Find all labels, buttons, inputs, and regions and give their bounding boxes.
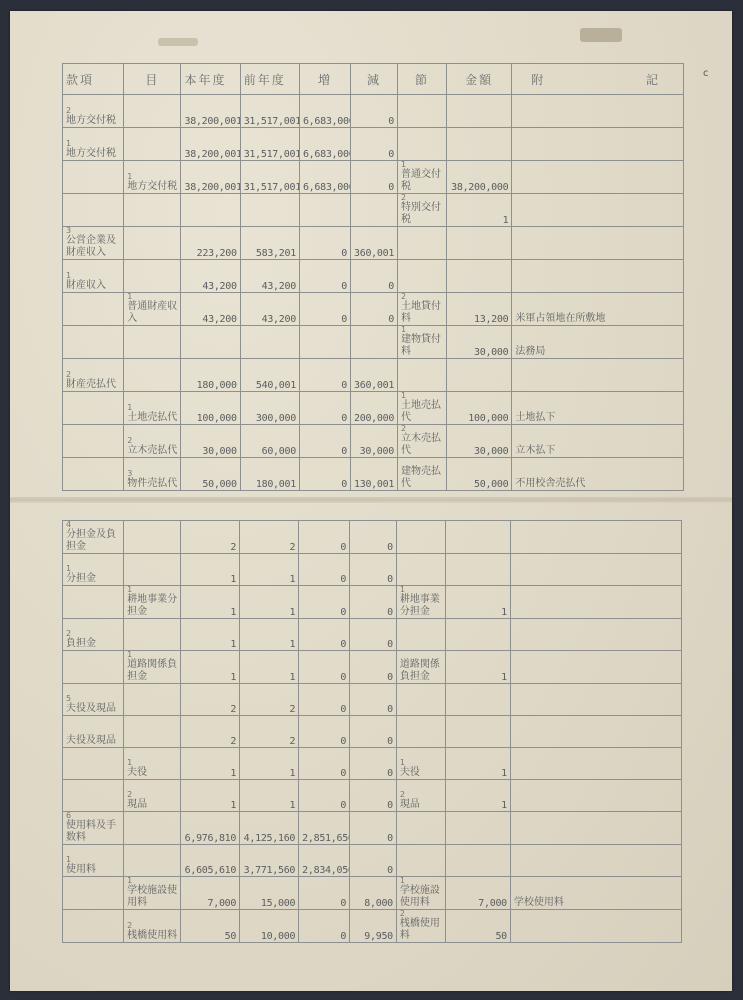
previous-year-cell: 1 <box>240 554 299 586</box>
moku-cell <box>124 194 181 227</box>
amount-cell-text: 13,200 <box>474 314 508 325</box>
decrease-cell-text: 30,000 <box>360 446 394 457</box>
setsu-cell <box>396 812 445 845</box>
moku-cell <box>124 359 181 392</box>
decrease-cell <box>351 194 398 227</box>
previous-year-cell: 10,000 <box>240 910 299 943</box>
previous-year-cell-text: 10,000 <box>261 931 295 942</box>
decrease-cell-text: 0 <box>387 704 393 715</box>
increase-cell: 0 <box>299 359 350 392</box>
setsu-cell <box>396 619 445 651</box>
kan-cell: 3公営企業及財産収入 <box>63 227 124 260</box>
moku-cell: 1耕地事業分担金 <box>124 586 181 619</box>
increase-cell-text: 0 <box>341 314 347 325</box>
item-number: 1 <box>400 759 442 767</box>
decrease-cell: 0 <box>351 95 398 128</box>
item-number: 2 <box>401 194 443 202</box>
increase-cell: 6,683,000 <box>299 95 350 128</box>
table-row: 1普通財産収入43,20043,200002土地貸付料13,200米軍占領地在所… <box>63 293 684 326</box>
increase-cell-text: 0 <box>340 607 346 618</box>
setsu-cell: 1建物貸付料 <box>397 326 446 359</box>
current-year-cell: 1 <box>181 651 240 684</box>
note-cell: 土地払下 <box>512 392 684 425</box>
current-year-cell <box>181 194 240 227</box>
amount-cell: 30,000 <box>446 326 511 359</box>
increase-cell-text: 0 <box>340 704 346 715</box>
moku-cell-text: 普通財産収入 <box>127 301 177 324</box>
previous-year-cell: 43,200 <box>240 260 299 293</box>
setsu-cell-text: 普通交付税 <box>401 169 441 192</box>
header-previous-year: 前年度 <box>240 64 299 95</box>
increase-cell: 0 <box>299 392 350 425</box>
current-year-cell-text: 1 <box>230 574 236 585</box>
decrease-cell: 0 <box>350 521 397 554</box>
current-year-cell-text: 43,200 <box>202 314 236 325</box>
amount-cell-text: 1 <box>501 607 507 618</box>
setsu-cell: 1土地売払代 <box>397 392 446 425</box>
moku-cell-text: 現品 <box>127 799 147 810</box>
table-row: 5夫役及現品2200 <box>63 684 682 716</box>
decrease-cell: 0 <box>351 128 398 161</box>
increase-cell: 0 <box>299 425 350 458</box>
current-year-cell-text: 2 <box>230 736 236 747</box>
note-cell <box>510 780 681 812</box>
previous-year-cell-text: 60,000 <box>262 446 296 457</box>
previous-year-cell-text: 2 <box>289 542 295 553</box>
setsu-cell-text: 特別交付税 <box>401 202 441 225</box>
setsu-cell-text: 土地貸付料 <box>401 301 441 324</box>
increase-cell-text: 0 <box>340 639 346 650</box>
setsu-cell <box>396 521 445 554</box>
previous-year-cell: 180,001 <box>240 458 299 491</box>
amount-cell-text: 50 <box>495 931 506 942</box>
current-year-cell-text: 7,000 <box>208 898 237 909</box>
increase-cell-text: 0 <box>340 672 346 683</box>
moku-cell-text: 立木売払代 <box>127 445 177 456</box>
moku-cell-text: 耕地事業分担金 <box>127 594 177 617</box>
note-cell-text: 法務局 <box>515 346 545 357</box>
increase-cell-text: 0 <box>340 768 346 779</box>
decrease-cell-text: 0 <box>387 800 393 811</box>
moku-cell: 2立木売払代 <box>124 425 181 458</box>
current-year-cell: 50 <box>181 910 240 943</box>
note-cell: 不用校舎売払代 <box>512 458 684 491</box>
item-number: 2 <box>400 791 442 799</box>
amount-cell <box>446 128 511 161</box>
previous-year-cell-text: 1 <box>289 672 295 683</box>
setsu-cell: 1夫役 <box>396 748 445 780</box>
amount-cell: 13,200 <box>446 293 511 326</box>
current-year-cell-text: 1 <box>230 672 236 683</box>
increase-cell: 0 <box>299 748 350 780</box>
header-note: 附記 <box>512 64 684 95</box>
moku-cell: 1地方交付税 <box>124 161 181 194</box>
table-row: 2負担金1100 <box>63 619 682 651</box>
increase-cell: 6,683,000 <box>299 128 350 161</box>
header-moku: 目 <box>124 64 181 95</box>
decrease-cell: 0 <box>350 684 397 716</box>
setsu-cell-text: 建物貸付料 <box>401 334 441 357</box>
current-year-cell: 38,200,001 <box>181 128 240 161</box>
amount-cell: 30,000 <box>446 425 511 458</box>
increase-cell <box>299 194 350 227</box>
decrease-cell <box>351 326 398 359</box>
amount-cell <box>446 359 511 392</box>
decrease-cell-text: 360,001 <box>354 248 394 259</box>
current-year-cell: 6,605,610 <box>181 845 240 877</box>
previous-year-cell: 583,201 <box>240 227 299 260</box>
moku-cell <box>124 812 181 845</box>
note-cell: 法務局 <box>512 326 684 359</box>
moku-cell <box>124 619 181 651</box>
moku-cell <box>124 521 181 554</box>
kan-cell: 6使用料及手数料 <box>63 812 124 845</box>
moku-cell: 1学校施設使用料 <box>124 877 181 910</box>
setsu-cell-text: 学校施設使用料 <box>400 885 440 908</box>
previous-year-cell-text: 1 <box>289 574 295 585</box>
kan-cell-text: 夫役及現品 <box>66 735 116 746</box>
current-year-cell-text: 180,000 <box>197 380 237 391</box>
moku-cell <box>124 845 181 877</box>
previous-year-cell: 31,517,001 <box>240 128 299 161</box>
previous-year-cell-text: 31,517,001 <box>244 149 300 160</box>
note-cell-text: 土地払下 <box>515 412 555 423</box>
item-number: 1 <box>401 392 443 400</box>
item-number: 1 <box>127 651 177 659</box>
item-number: 2 <box>66 107 120 115</box>
current-year-cell: 1 <box>181 619 240 651</box>
moku-cell: 1道路関係負担金 <box>124 651 181 684</box>
item-number: 2 <box>66 630 120 638</box>
moku-cell: 3物件売払代 <box>124 458 181 491</box>
moku-cell: 1土地売払代 <box>124 392 181 425</box>
current-year-cell: 1 <box>181 586 240 619</box>
item-number: 1 <box>127 586 177 594</box>
previous-year-cell: 3,771,560 <box>240 845 299 877</box>
current-year-cell: 180,000 <box>181 359 240 392</box>
setsu-cell: 2桟橋使用料 <box>396 910 445 943</box>
header-row: 款項 目 本年度 前年度 増 減 節 金額 附記 <box>63 64 684 95</box>
item-number: 1 <box>66 565 120 573</box>
setsu-cell-text: 夫役 <box>400 767 420 778</box>
margin-mark: c <box>703 68 709 79</box>
previous-year-cell-text: 300,000 <box>256 413 296 424</box>
decrease-cell: 130,001 <box>351 458 398 491</box>
previous-year-cell: 43,200 <box>240 293 299 326</box>
moku-cell-text: 道路関係負担金 <box>127 659 177 682</box>
decrease-cell: 8,000 <box>350 877 397 910</box>
amount-cell-text: 1 <box>503 215 509 226</box>
current-year-cell-text: 38,200,001 <box>184 182 240 193</box>
previous-year-cell-text: 4,125,160 <box>244 833 296 844</box>
item-number: 3 <box>66 227 120 235</box>
decrease-cell-text: 0 <box>388 149 394 160</box>
increase-cell-text: 6,683,000 <box>303 116 351 127</box>
note-cell: 学校使用料 <box>510 877 681 910</box>
current-year-cell: 223,200 <box>181 227 240 260</box>
amount-cell <box>445 521 510 554</box>
header-kan: 款項 <box>63 64 124 95</box>
kan-cell-text: 財産売払代 <box>66 379 116 390</box>
amount-cell-text: 38,200,000 <box>451 182 508 193</box>
previous-year-cell: 1 <box>240 619 299 651</box>
current-year-cell: 2 <box>181 521 240 554</box>
table-row: 3公営企業及財産収入223,200583,2010360,001 <box>63 227 684 260</box>
amount-cell-text: 50,000 <box>474 479 508 490</box>
previous-year-cell-text: 2 <box>289 704 295 715</box>
decrease-cell-text: 0 <box>388 281 394 292</box>
item-number: 3 <box>127 470 177 478</box>
previous-year-cell: 15,000 <box>240 877 299 910</box>
decrease-cell-text: 0 <box>387 736 393 747</box>
current-year-cell-text: 1 <box>230 800 236 811</box>
previous-year-cell: 4,125,160 <box>240 812 299 845</box>
amount-cell: 50,000 <box>446 458 511 491</box>
setsu-cell: 建物売払代 <box>397 458 446 491</box>
kan-cell-text: 分担金及負担金 <box>66 529 116 552</box>
decrease-cell-text: 0 <box>387 639 393 650</box>
previous-year-cell: 2 <box>240 684 299 716</box>
note-cell-text: 立木払下 <box>515 445 555 456</box>
amount-cell: 100,000 <box>446 392 511 425</box>
increase-cell: 0 <box>299 260 350 293</box>
previous-year-cell: 31,517,001 <box>240 95 299 128</box>
setsu-cell <box>396 845 445 877</box>
amount-cell-text: 100,000 <box>468 413 508 424</box>
previous-year-cell-text: 1 <box>289 768 295 779</box>
kan-cell <box>63 748 124 780</box>
increase-cell: 0 <box>299 684 350 716</box>
previous-year-cell-text: 31,517,001 <box>244 182 300 193</box>
ledger-table-bottom: 4分担金及負担金22001分担金11001耕地事業分担金11001耕地事業分担金… <box>62 520 682 943</box>
kan-cell-text: 夫役及現品 <box>66 703 116 714</box>
moku-cell-text: 学校施設使用料 <box>127 885 177 908</box>
decrease-cell: 0 <box>350 780 397 812</box>
table-row: 1道路関係負担金1100道路関係負担金1 <box>63 651 682 684</box>
current-year-cell-text: 6,605,610 <box>185 865 237 876</box>
increase-cell-text: 0 <box>341 479 347 490</box>
ledger-table-top: 款項 目 本年度 前年度 増 減 節 金額 附記 2地方交付税38,200,00… <box>62 63 684 491</box>
current-year-cell-text: 38,200,001 <box>184 149 240 160</box>
increase-cell-text: 0 <box>340 736 346 747</box>
previous-year-cell-text: 1 <box>289 800 295 811</box>
setsu-cell: 2立木売払代 <box>397 425 446 458</box>
kan-cell: 夫役及現品 <box>63 716 124 748</box>
decrease-cell-text: 360,001 <box>354 380 394 391</box>
kan-cell: 1使用料 <box>63 845 124 877</box>
current-year-cell-text: 2 <box>230 542 236 553</box>
decrease-cell: 0 <box>350 651 397 684</box>
previous-year-cell: 1 <box>240 586 299 619</box>
moku-cell: 1普通財産収入 <box>124 293 181 326</box>
increase-cell-text: 2,851,650 <box>302 833 349 844</box>
header-setsu: 節 <box>397 64 446 95</box>
kan-cell <box>63 651 124 684</box>
kan-cell <box>63 780 124 812</box>
previous-year-cell: 1 <box>240 780 299 812</box>
table-row: 1学校施設使用料7,00015,00008,0001学校施設使用料7,000学校… <box>63 877 682 910</box>
header-current-year: 本年度 <box>181 64 240 95</box>
increase-cell: 0 <box>299 716 350 748</box>
note-cell-text: 米軍占領地在所敷地 <box>515 313 605 324</box>
previous-year-cell: 1 <box>240 651 299 684</box>
increase-cell-text: 0 <box>340 542 346 553</box>
kan-cell <box>63 392 124 425</box>
decrease-cell: 9,950 <box>350 910 397 943</box>
note-cell <box>512 359 684 392</box>
decrease-cell: 0 <box>350 619 397 651</box>
increase-cell: 0 <box>299 780 350 812</box>
amount-cell <box>445 716 510 748</box>
decrease-cell: 0 <box>350 845 397 877</box>
decrease-cell-text: 9,950 <box>364 931 393 942</box>
current-year-cell-text: 50 <box>225 931 236 942</box>
setsu-cell-text: 道路関係負担金 <box>400 659 440 682</box>
amount-cell <box>445 619 510 651</box>
setsu-cell-text: 建物売払代 <box>401 466 441 489</box>
item-number: 1 <box>400 877 442 885</box>
amount-cell: 1 <box>445 748 510 780</box>
kan-cell-text: 財産収入 <box>66 280 106 291</box>
kan-cell <box>63 161 124 194</box>
note-cell <box>512 161 684 194</box>
current-year-cell: 100,000 <box>181 392 240 425</box>
increase-cell-text: 6,683,000 <box>303 182 351 193</box>
setsu-cell: 2特別交付税 <box>397 194 446 227</box>
previous-year-cell: 540,001 <box>240 359 299 392</box>
setsu-cell-text: 現品 <box>400 799 420 810</box>
item-number: 1 <box>127 404 177 412</box>
increase-cell-text: 0 <box>340 574 346 585</box>
page-fold <box>10 497 732 503</box>
current-year-cell: 38,200,001 <box>181 95 240 128</box>
increase-cell: 0 <box>299 554 350 586</box>
table-row: 6使用料及手数料6,976,8104,125,1602,851,6500 <box>63 812 682 845</box>
decrease-cell-text: 0 <box>388 116 394 127</box>
decrease-cell-text: 0 <box>388 182 394 193</box>
setsu-cell <box>396 684 445 716</box>
moku-cell-text: 土地売払代 <box>127 412 177 423</box>
previous-year-cell-text: 43,200 <box>262 281 296 292</box>
item-number: 1 <box>401 326 443 334</box>
table-row: 1耕地事業分担金11001耕地事業分担金1 <box>63 586 682 619</box>
note-cell <box>512 128 684 161</box>
current-year-cell: 6,976,810 <box>181 812 240 845</box>
setsu-cell <box>397 128 446 161</box>
kan-cell-text: 分担金 <box>66 573 96 584</box>
item-number: 1 <box>127 877 177 885</box>
amount-cell-text: 1 <box>501 672 507 683</box>
table-row: 1建物貸付料30,000法務局 <box>63 326 684 359</box>
previous-year-cell-text: 1 <box>289 607 295 618</box>
moku-cell: 2桟橋使用料 <box>124 910 181 943</box>
setsu-cell <box>396 716 445 748</box>
increase-cell-text: 0 <box>341 413 347 424</box>
decrease-cell: 360,001 <box>351 359 398 392</box>
decrease-cell-text: 0 <box>387 574 393 585</box>
current-year-cell-text: 30,000 <box>202 446 236 457</box>
current-year-cell-text: 100,000 <box>197 413 237 424</box>
current-year-cell: 7,000 <box>181 877 240 910</box>
table-row: 1土地売払代100,000300,0000200,0001土地売払代100,00… <box>63 392 684 425</box>
decrease-cell-text: 0 <box>387 768 393 779</box>
item-number: 2 <box>401 425 443 433</box>
decrease-cell: 200,000 <box>351 392 398 425</box>
kan-cell <box>63 910 124 943</box>
current-year-cell: 2 <box>181 684 240 716</box>
increase-cell-text: 0 <box>341 380 347 391</box>
kan-cell <box>63 326 124 359</box>
table-row: 2財産売払代180,000540,0010360,001 <box>63 359 684 392</box>
kan-cell-text: 地方交付税 <box>66 148 116 159</box>
note-cell <box>510 684 681 716</box>
item-number: 2 <box>400 910 442 918</box>
decrease-cell-text: 0 <box>387 607 393 618</box>
table-row: 2地方交付税38,200,00131,517,0016,683,0000 <box>63 95 684 128</box>
moku-cell-text: 夫役 <box>127 767 147 778</box>
table-row: 1地方交付税38,200,00131,517,0016,683,0000 <box>63 128 684 161</box>
amount-cell <box>446 260 511 293</box>
previous-year-cell-text: 43,200 <box>262 314 296 325</box>
current-year-cell: 1 <box>181 748 240 780</box>
moku-cell <box>124 95 181 128</box>
kan-cell: 2負担金 <box>63 619 124 651</box>
increase-cell: 0 <box>299 586 350 619</box>
increase-cell-text: 6,683,000 <box>303 149 351 160</box>
current-year-cell-text: 2 <box>230 704 236 715</box>
current-year-cell-text: 38,200,001 <box>184 116 240 127</box>
decrease-cell: 30,000 <box>351 425 398 458</box>
previous-year-cell-text: 31,517,001 <box>244 116 300 127</box>
current-year-cell-text: 43,200 <box>202 281 236 292</box>
decrease-cell: 0 <box>350 586 397 619</box>
table-row: 1夫役11001夫役1 <box>63 748 682 780</box>
amount-cell: 1 <box>445 780 510 812</box>
previous-year-cell-text: 15,000 <box>261 898 295 909</box>
item-number: 2 <box>127 922 177 930</box>
amount-cell <box>445 554 510 586</box>
setsu-cell: 2現品 <box>396 780 445 812</box>
note-cell <box>512 194 684 227</box>
amount-cell: 1 <box>446 194 511 227</box>
previous-year-cell: 60,000 <box>240 425 299 458</box>
current-year-cell: 38,200,001 <box>181 161 240 194</box>
amount-cell: 1 <box>445 651 510 684</box>
note-cell <box>510 845 681 877</box>
amount-cell-text: 7,000 <box>478 898 507 909</box>
current-year-cell: 43,200 <box>181 260 240 293</box>
item-number: 1 <box>400 586 442 594</box>
item-number: 4 <box>66 521 120 529</box>
note-cell <box>510 554 681 586</box>
kan-cell-text: 使用料及手数料 <box>66 820 116 843</box>
moku-cell <box>124 128 181 161</box>
increase-cell: 0 <box>299 651 350 684</box>
moku-cell-text: 桟橋使用料 <box>127 930 177 941</box>
item-number: 2 <box>127 791 177 799</box>
setsu-cell: 1耕地事業分担金 <box>396 586 445 619</box>
amount-cell <box>446 227 511 260</box>
amount-cell: 50 <box>445 910 510 943</box>
table-row: 2桟橋使用料5010,00009,9502桟橋使用料50 <box>63 910 682 943</box>
note-cell: 米軍占領地在所敷地 <box>512 293 684 326</box>
current-year-cell: 50,000 <box>181 458 240 491</box>
item-number: 1 <box>66 856 120 864</box>
table-row: 2立木売払代30,00060,000030,0002立木売払代30,000立木払… <box>63 425 684 458</box>
kan-cell: 2地方交付税 <box>63 95 124 128</box>
moku-cell: 1夫役 <box>124 748 181 780</box>
setsu-cell-text: 立木売払代 <box>401 433 441 456</box>
